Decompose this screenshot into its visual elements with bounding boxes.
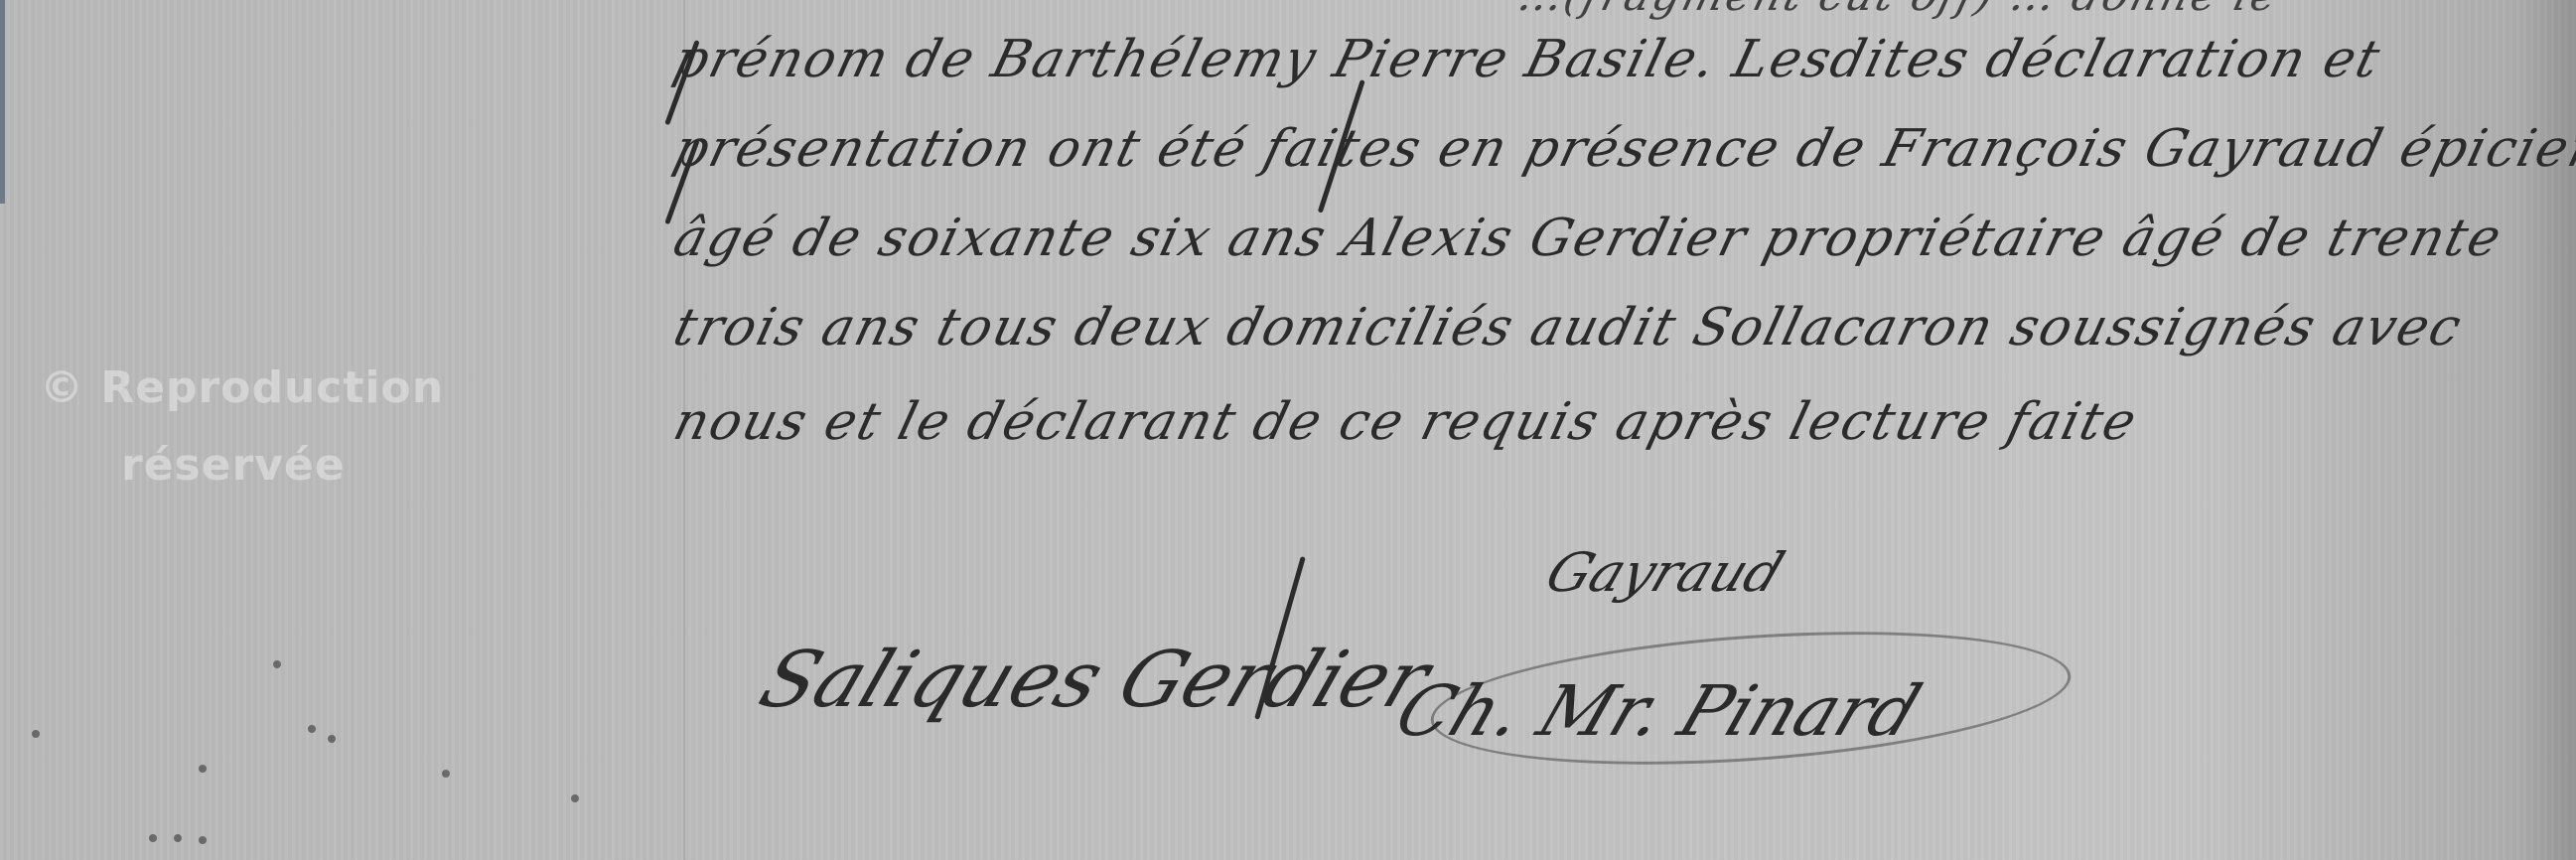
watermark-line-2: réservée	[40, 427, 477, 504]
signature-right-bottom: Ch. Mr. Pinard	[1385, 670, 1932, 752]
signature-right-top: Gayraud	[1538, 541, 1792, 604]
window-edge	[0, 0, 5, 204]
text-line-3: âgé de soixante six ans Alexis Gerdier p…	[668, 209, 2509, 268]
text-line-2: présentation ont été faites en présence …	[668, 119, 2576, 179]
text-line-4: trois ans tous deux domiciliés audit Sol…	[668, 298, 2469, 358]
watermark-line-1: © Reproduction	[40, 362, 444, 413]
signature-left: Saliques Gerdier	[749, 636, 1442, 725]
document-scan: © Reproduction réservée …(fragment cut o…	[0, 0, 2576, 860]
text-line-1: prénom de Barthélemy Pierre Basile. Lesd…	[668, 30, 2387, 89]
text-line-5: nous et le déclarant de ce requis après …	[668, 392, 2144, 452]
partial-top-line: …(fragment cut off) … donné le	[1513, 0, 2286, 21]
watermark: © Reproduction réservée	[40, 350, 477, 504]
